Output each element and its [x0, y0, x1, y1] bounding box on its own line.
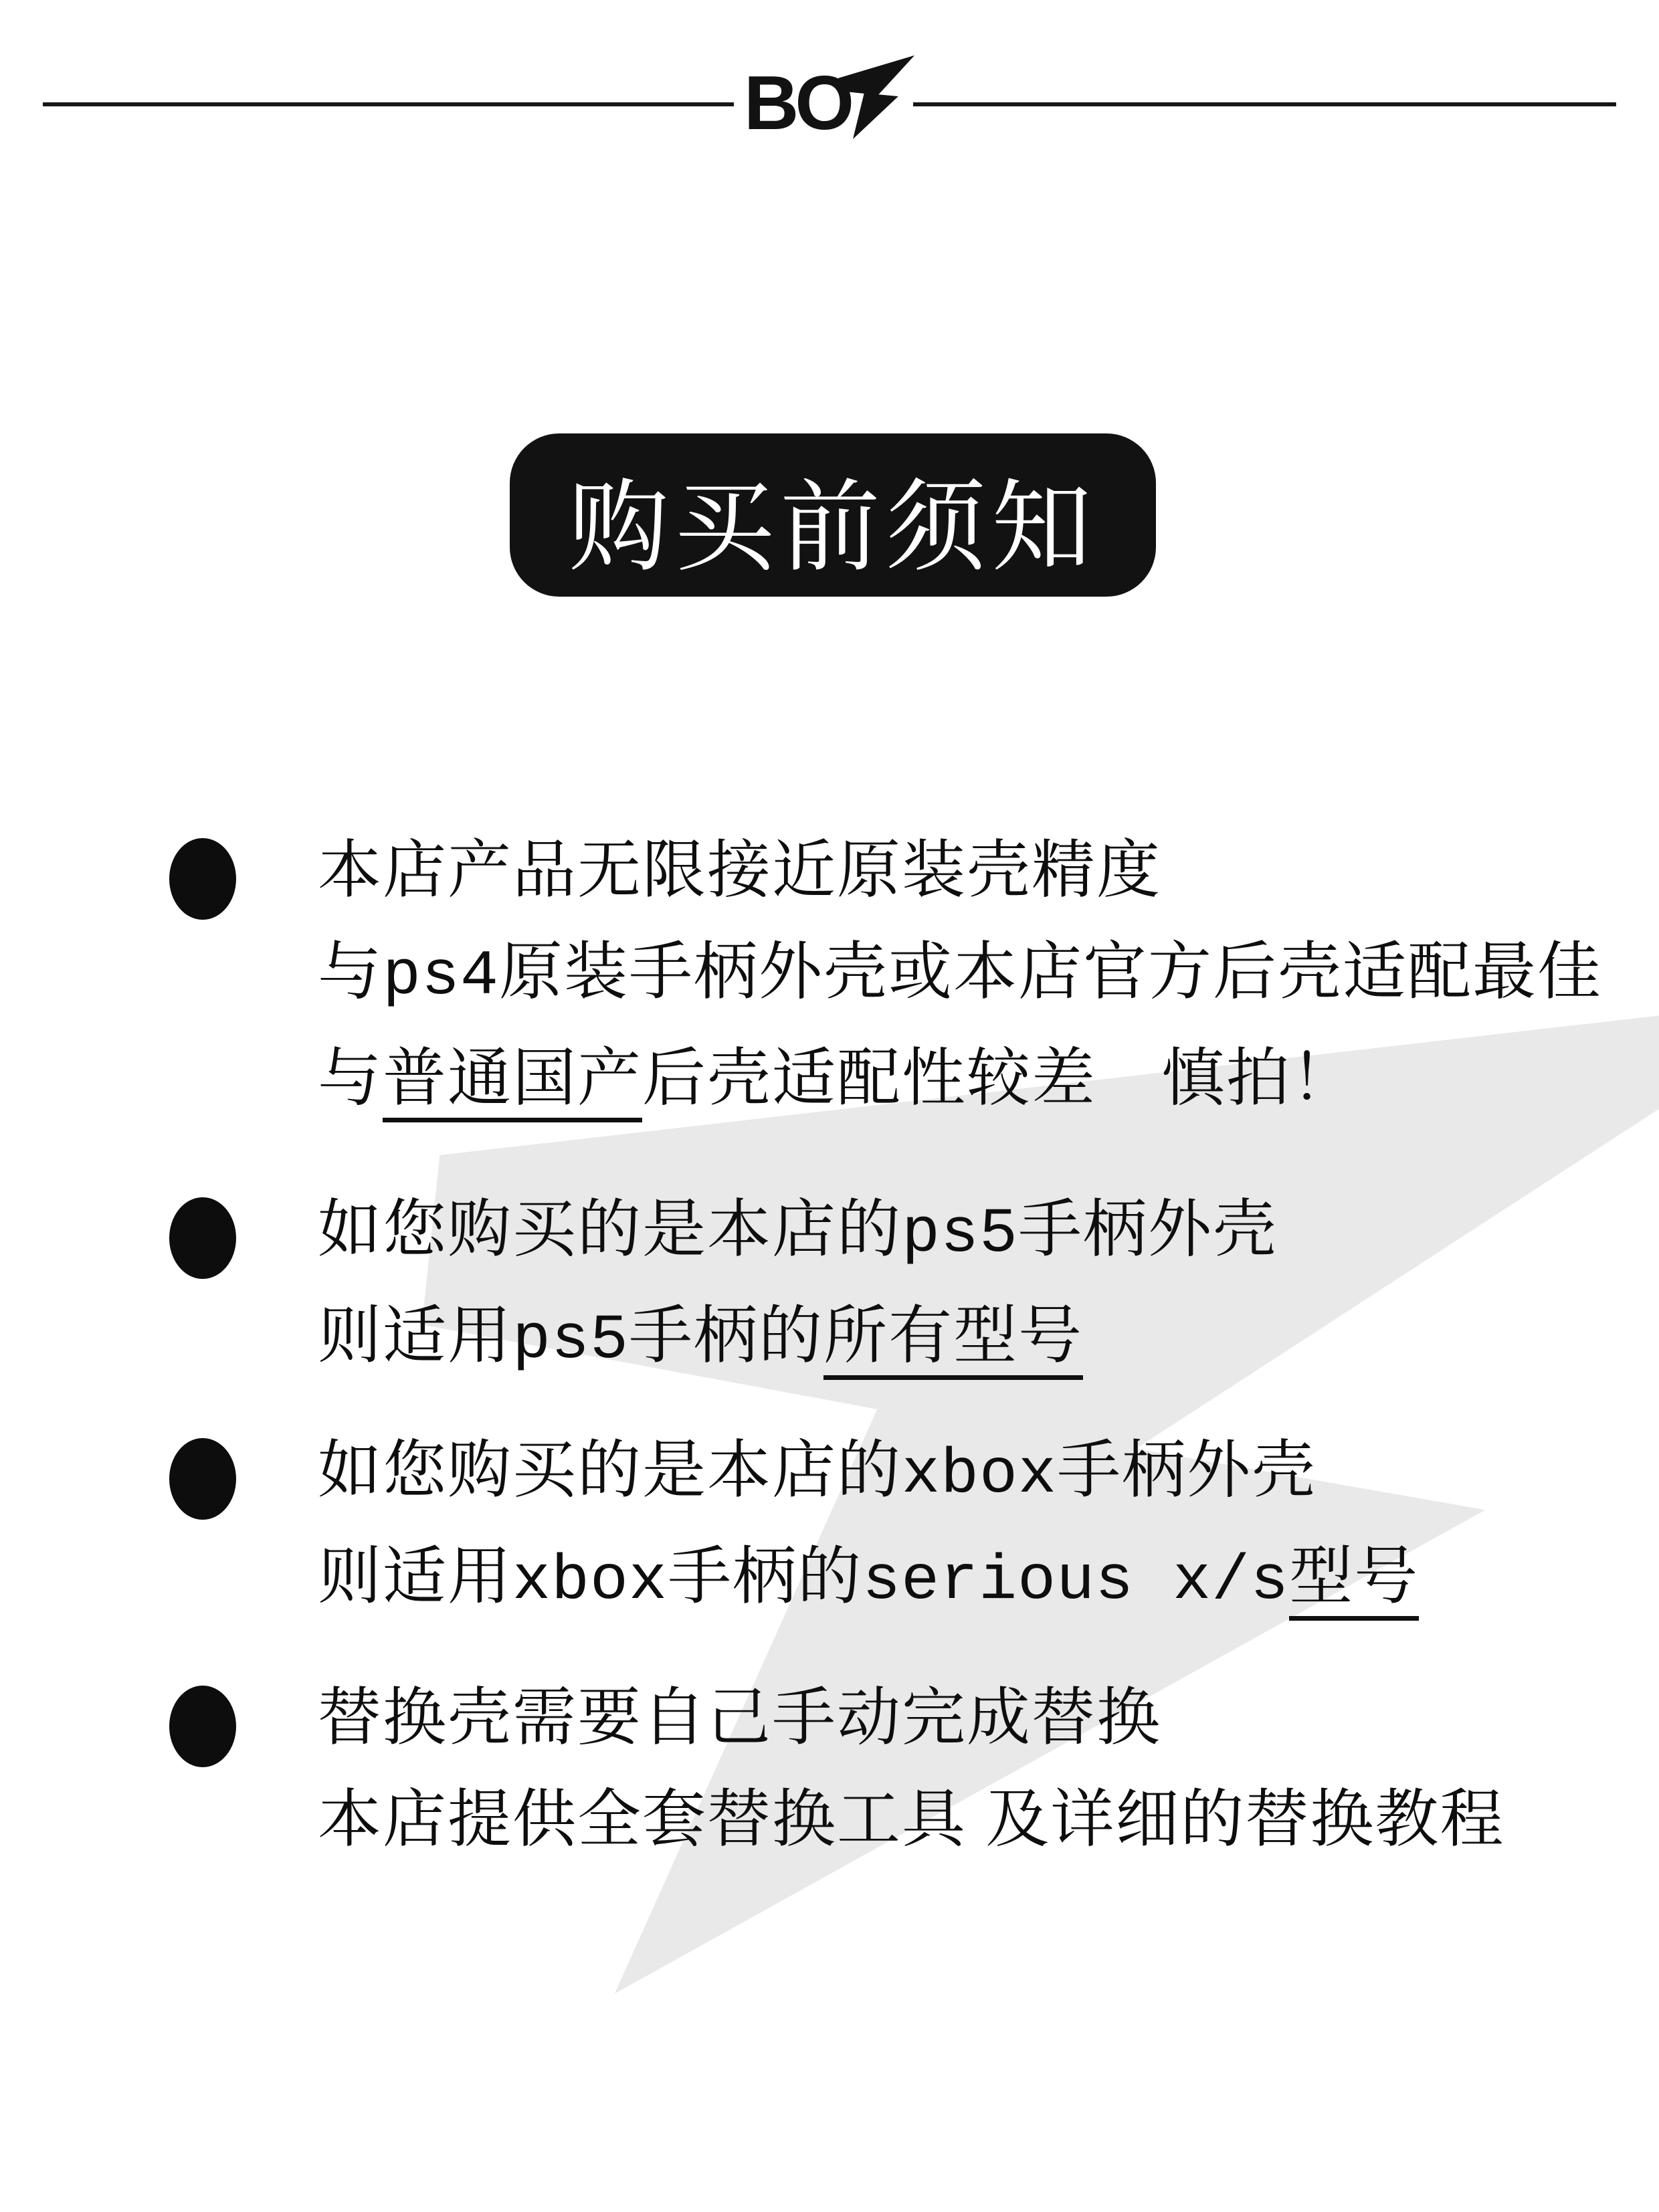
notice-text: ps5: [512, 1304, 629, 1377]
notice-text: 则适用: [318, 1541, 512, 1612]
bullet-dot: [169, 1438, 236, 1520]
notice-item: 本店产品无限接近原装壳精度与ps4原装手柄外壳或本店官方后壳适配最佳与普通国产后…: [0, 819, 1659, 1129]
header-rule-left: [43, 102, 734, 106]
notice-text: 手柄的: [629, 1300, 823, 1371]
notice-text-block: 本店产品无限接近原装壳精度与ps4原装手柄外壳或本店官方后壳适配最佳与普通国产后…: [318, 819, 1602, 1129]
header-rule-right: [913, 102, 1616, 106]
notice-text: 手柄外壳: [1057, 1435, 1316, 1506]
notice-text: 如您购买的是本店的: [318, 1194, 902, 1265]
notice-text: 如您购买的是本店的: [318, 1435, 902, 1506]
underlined-text: 普通国产: [383, 1043, 642, 1122]
notice-text: 后壳适配性较差 慎拍！: [642, 1043, 1356, 1114]
underlined-text: 所有型号: [823, 1300, 1083, 1380]
notice-text-block: 如您购买的是本店的xbox手柄外壳则适用xbox手柄的serious x/s型号: [318, 1419, 1419, 1632]
notice-text: 本店产品无限接近原装壳精度: [318, 835, 1161, 906]
notice-line: 则适用xbox手柄的serious x/s型号: [318, 1526, 1419, 1632]
notice-line: 替换壳需要自己手动完成替换: [318, 1667, 1504, 1769]
notice-text: ps5: [902, 1198, 1018, 1270]
lightning-bolt-icon: [832, 51, 917, 142]
notice-item: 替换壳需要自己手动完成替换本店提供全套替换工具 及详细的替换教程: [0, 1667, 1659, 1870]
notice-item: 如您购买的是本店的ps5手柄外壳则适用ps5手柄的所有型号: [0, 1179, 1659, 1391]
notice-text: 原装手柄外壳或本店官方后壳适配最佳: [499, 936, 1602, 1007]
notice-line: 如您购买的是本店的xbox手柄外壳: [318, 1419, 1419, 1526]
bullet-dot: [169, 1686, 236, 1767]
notice-text: xbox: [512, 1545, 668, 1617]
purchase-notice-poster: BO 购买前须知 本店产品无限接近原装壳精度与ps4原装手柄外壳或本店官方后壳适…: [0, 0, 1659, 2212]
notice-text: 与: [318, 936, 383, 1007]
bullet-dot: [169, 1197, 236, 1279]
notice-text: ps4: [383, 940, 499, 1013]
notice-line: 如您购买的是本店的ps5手柄外壳: [318, 1179, 1278, 1285]
notice-text: 替换壳需要自己手动完成替换: [318, 1682, 1161, 1753]
notice-line: 则适用ps5手柄的所有型号: [318, 1285, 1278, 1391]
notice-title: 购买前须知: [569, 439, 1097, 591]
notice-text: xbox: [902, 1439, 1057, 1511]
notice-text: 与: [318, 1043, 383, 1114]
notice-text: serious x/s: [862, 1545, 1289, 1617]
notice-line: 本店产品无限接近原装壳精度: [318, 819, 1602, 921]
notice-text-block: 如您购买的是本店的ps5手柄外壳则适用ps5手柄的所有型号: [318, 1179, 1278, 1391]
notice-text: 本店提供全套替换工具 及详细的替换教程: [318, 1784, 1504, 1855]
underlined-text: 型号: [1289, 1541, 1419, 1621]
notice-text: 则适用: [318, 1300, 512, 1371]
notice-text: 手柄外壳: [1018, 1194, 1278, 1265]
bullet-dot: [169, 838, 236, 920]
notice-title-badge: 购买前须知: [510, 433, 1156, 597]
notice-line: 本店提供全套替换工具 及详细的替换教程: [318, 1769, 1504, 1870]
notice-text-block: 替换壳需要自己手动完成替换本店提供全套替换工具 及详细的替换教程: [318, 1667, 1504, 1870]
notice-line: 与ps4原装手柄外壳或本店官方后壳适配最佳: [318, 921, 1602, 1027]
notice-line: 与普通国产后壳适配性较差 慎拍！: [318, 1027, 1602, 1129]
notice-item: 如您购买的是本店的xbox手柄外壳则适用xbox手柄的serious x/s型号: [0, 1419, 1659, 1632]
notice-text: 手柄的: [668, 1541, 862, 1612]
